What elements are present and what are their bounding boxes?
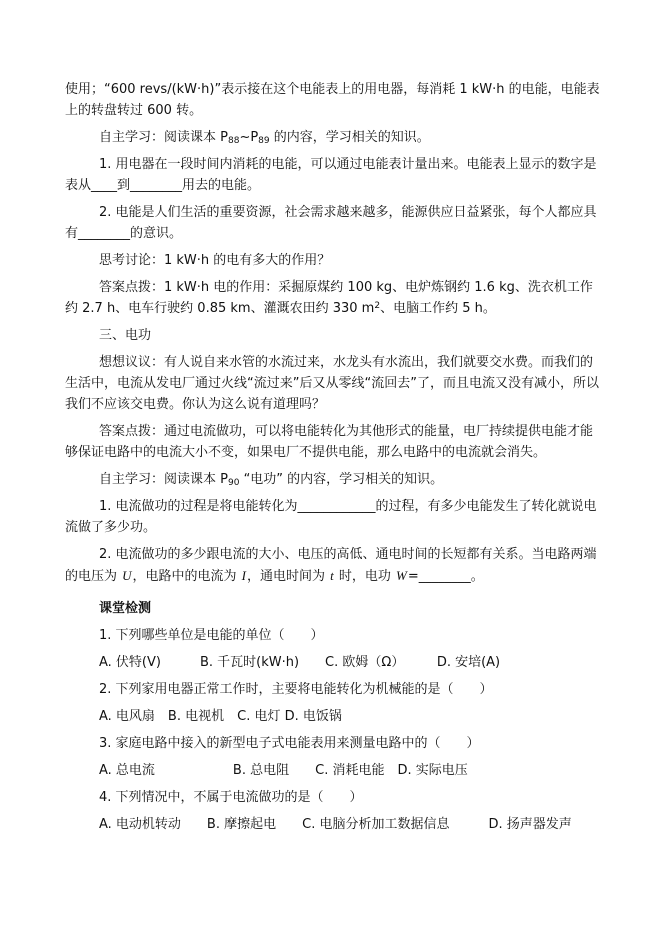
fill-blank-item-1: 1. 用电器在一段时间内消耗的电能，可以通过电能表计量出来。电能表上显示的数字是… [65, 154, 603, 196]
section-heading-electric-work: 三、电功 [65, 325, 603, 346]
text-run: 。 [471, 569, 484, 584]
text-run: 到 [117, 178, 130, 193]
text-run: 用去的电能。 [182, 178, 260, 193]
answer-hint-1: 答案点拨：1 kW·h 电的作用：采掘原煤约 100 kg、电炉炼钢约 1.6 … [65, 277, 603, 319]
fill-blank-item-4: 2. 电流做功的多少跟电流的大小、电压的高低、通电时间的长短都有关系。当电路两端… [65, 544, 603, 587]
text-run: ，电路中的电流为 [133, 569, 241, 584]
text-run: 思考讨论：1 kW·h 的电有多大的作用？ [99, 253, 330, 268]
text-run: 1. 下列哪些单位是电能的单位（ ） [99, 628, 324, 643]
document-page: 使用；“600 revs/(kW·h)”表示接在这个电能表上的用电器，每消耗 1… [0, 0, 661, 936]
text-run: 三、电功 [99, 328, 151, 343]
text-run: ，通电时间为 [247, 569, 329, 584]
self-study-instruction-2: 自主学习：阅读课本 P90 “电功” 的内容，学习相关的知识。 [65, 469, 603, 490]
think-share-paragraph: 想想议议：有人说自来水管的水流过来，水龙头有水流出，我们就要交水费。而我们的生活… [65, 352, 603, 415]
text-run: A. 电风扇 B. 电视机 C. 电灯 D. 电饭锅 [99, 709, 342, 724]
blank-field: ____________ [298, 499, 376, 514]
text-run: 自主学习：阅读课本 P [99, 472, 228, 487]
text-run: 3. 家庭电路中接入的新型电子式电能表用来测量电路中的（ ） [99, 736, 480, 751]
text-run: 答案点拨：1 kW·h 电的作用：采掘原煤约 100 kg、电炉炼钢约 1.6 … [65, 280, 593, 316]
text-run: 1. 电流做功的过程是将电能转化为 [99, 499, 298, 514]
text-run: 4. 下列情况中，不属于电流做功的是（ ） [99, 790, 363, 805]
blank-field: ________ [419, 569, 471, 584]
text-run: 、电脑工作约 5 h。 [380, 301, 496, 316]
text-run: 自主学习：阅读课本 P [99, 130, 228, 145]
fill-blank-item-2: 2. 电能是人们生活的重要资源，社会需求越来越多，能源供应日益紧张，每个人都应具… [65, 202, 603, 244]
text-run: = [408, 569, 419, 584]
quiz-question-4: 4. 下列情况中，不属于电流做功的是（ ） [65, 787, 603, 808]
text-run: A. 电动机转动 B. 摩擦起电 C. 电脑分析加工数据信息 D. 扬声器发声 [99, 817, 572, 832]
intro-continued-paragraph: 使用；“600 revs/(kW·h)”表示接在这个电能表上的用电器，每消耗 1… [65, 79, 603, 121]
quiz-question-3: 3. 家庭电路中接入的新型电子式电能表用来测量电路中的（ ） [65, 733, 603, 754]
variable-u: U [121, 568, 132, 583]
quiz-heading: 课堂检测 [65, 598, 603, 619]
fill-blank-item-3: 1. 电流做功的过程是将电能转化为____________的过程，有多少电能发生… [65, 496, 603, 538]
blank-field: ________ [78, 226, 130, 241]
text-run: 2. 下列家用电器正常工作时，主要将电能转化为机械能的是（ ） [99, 682, 493, 697]
text-run: 课堂检测 [99, 601, 151, 616]
page-ref-subscript: 90 [228, 478, 239, 488]
blank-field: ____ [91, 178, 117, 193]
text-run: A. 总电流 B. 总电阻 C. 消耗电能 D. 实际电压 [99, 763, 468, 778]
page-ref-subscript: 89 [258, 136, 269, 146]
text-run: A. 伏特(V) B. 千瓦时(kW·h) C. 欧姆（Ω） D. 安培(A) [99, 655, 500, 670]
quiz-q1-options: A. 伏特(V) B. 千瓦时(kW·h) C. 欧姆（Ω） D. 安培(A) [65, 652, 603, 673]
quiz-question-1: 1. 下列哪些单位是电能的单位（ ） [65, 625, 603, 646]
blank-field: ________ [130, 178, 182, 193]
text-run: 想想议议：有人说自来水管的水流过来，水龙头有水流出，我们就要交水费。而我们的生活… [65, 355, 599, 412]
variable-w: W [395, 568, 408, 583]
quiz-q3-options: A. 总电流 B. 总电阻 C. 消耗电能 D. 实际电压 [65, 760, 603, 781]
quiz-q4-options: A. 电动机转动 B. 摩擦起电 C. 电脑分析加工数据信息 D. 扬声器发声 [65, 814, 603, 835]
page-ref-subscript: 88 [228, 136, 239, 146]
think-discuss-prompt: 思考讨论：1 kW·h 的电有多大的作用？ [65, 250, 603, 271]
text-run: ~P [239, 130, 258, 145]
quiz-question-2: 2. 下列家用电器正常工作时，主要将电能转化为机械能的是（ ） [65, 679, 603, 700]
quiz-q2-options: A. 电风扇 B. 电视机 C. 电灯 D. 电饭锅 [65, 706, 603, 727]
self-study-instruction-1: 自主学习：阅读课本 P88~P89 的内容，学习相关的知识。 [65, 127, 603, 148]
text-run: 的内容，学习相关的知识。 [270, 130, 430, 145]
text-run: “电功” 的内容，学习相关的知识。 [239, 472, 443, 487]
text-run: 使用；“600 revs/(kW·h)”表示接在这个电能表上的用电器，每消耗 1… [65, 82, 600, 118]
text-run: 时，电功 [335, 569, 395, 584]
text-run: 答案点拨：通过电流做功，可以将电能转化为其他形式的能量，电厂持续提供电能才能够保… [65, 424, 593, 460]
text-run: 的意识。 [130, 226, 182, 241]
answer-hint-2: 答案点拨：通过电流做功，可以将电能转化为其他形式的能量，电厂持续提供电能才能够保… [65, 421, 603, 463]
